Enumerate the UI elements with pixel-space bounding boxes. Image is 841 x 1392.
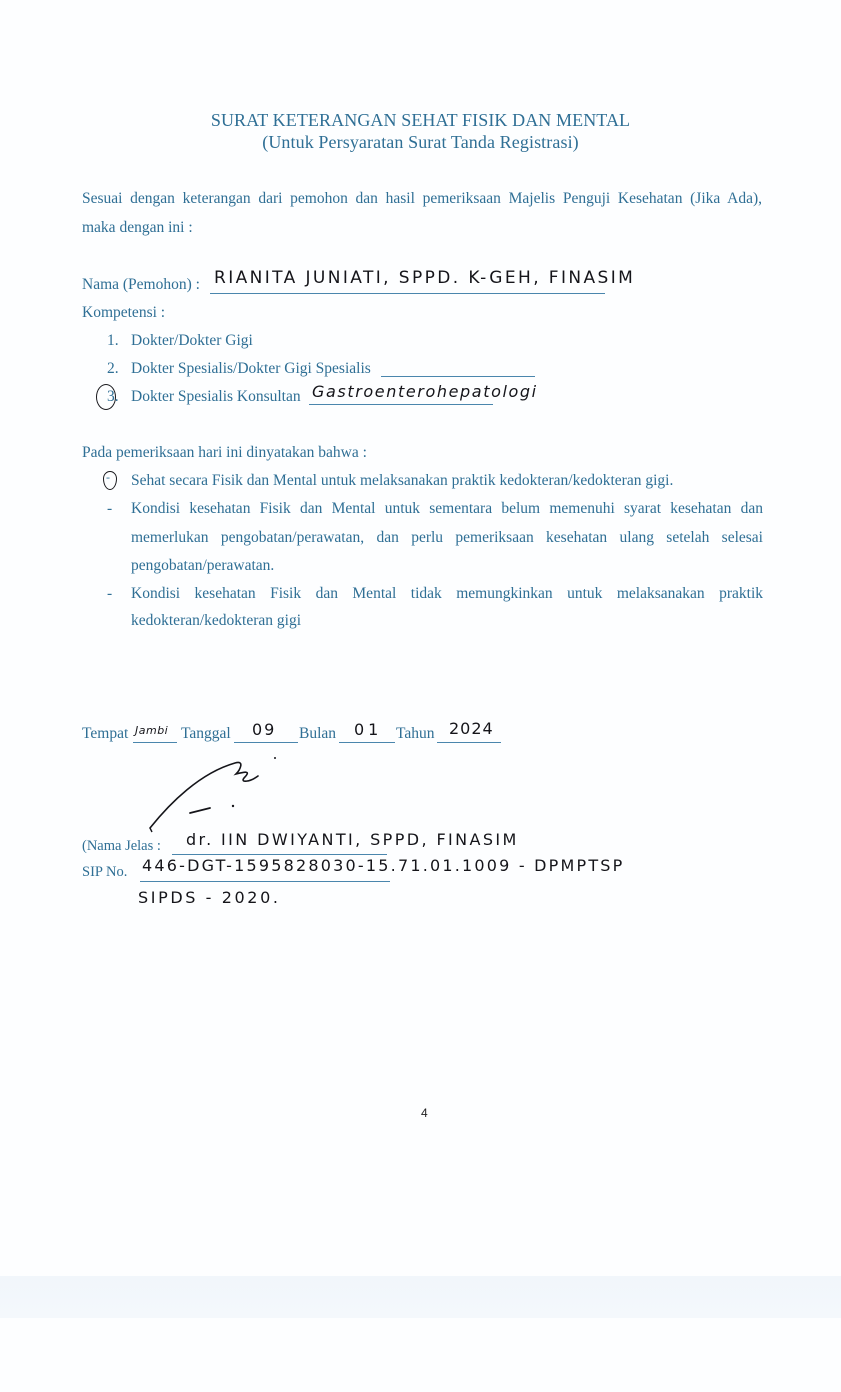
signer-name-label: (Nama Jelas : [82,838,161,855]
applicant-name-handwritten[interactable]: RIANITA JUNIATI, SPPD. K-GEH, FINASIM [214,268,635,288]
sip-number-handwritten-line-2[interactable]: SIPDS - 2020. [138,888,281,907]
statement-option-3-line-2: kedokteran/kedokteran gigi [131,612,301,630]
competence-item-3: Dokter Spesialis Konsultan [131,388,301,406]
day-handwritten[interactable]: 09 [252,720,276,739]
year-label: Tahun [396,725,435,743]
competence-specialty-handwritten[interactable]: Gastroenterohepatologi [312,382,538,401]
sip-number-handwritten[interactable]: 446-DGT-1595828030-15.71.01.1009 - DPMPT… [142,856,625,875]
year-underline [437,741,501,743]
page-number: 4 [421,1106,428,1120]
signer-name-handwritten[interactable]: dr. IIN DWIYANTI, SPPD, FINASIM [186,830,519,849]
statement-option-3-line-1: Kondisi kesehatan Fisik dan Mental tidak… [131,585,763,603]
document-subtitle: (Untuk Persyaratan Surat Tanda Registras… [0,132,841,153]
statement-option-3-marker: - [107,585,112,603]
signer-name-underline [172,853,387,855]
day-underline [234,741,298,743]
statement-option-1-marker: - [106,470,110,485]
document-title: SURAT KETERANGAN SEHAT FISIK DAN MENTAL [0,110,841,131]
competence-label: Kompetensi : [82,304,165,322]
month-underline [339,741,395,743]
intro-line-2: maka dengan ini : [82,219,193,237]
place-handwritten[interactable]: Jambi [135,724,168,737]
applicant-underline [210,292,605,294]
place-label: Tempat [82,725,128,743]
place-underline [133,741,177,743]
intro-line-1: Sesuai dengan keterangan dari pemohon da… [82,190,762,208]
competence-item-2-underline [381,375,535,377]
competence-item-2-number: 2. [107,360,119,378]
scan-edge-strip [0,1276,841,1318]
selected-circle-mark [96,384,116,410]
statement-label: Pada pemeriksaan hari ini dinyatakan bah… [82,444,367,462]
signature-icon [140,748,300,838]
competence-item-1-number: 1. [107,332,119,350]
statement-option-2-line-2: memerlukan pengobatan/perawatan, dan per… [131,529,763,547]
applicant-label: Nama (Pemohon) : [82,276,200,294]
month-handwritten[interactable]: 01 [354,720,382,739]
competence-item-3-underline [309,403,493,405]
statement-option-2-marker: - [107,500,112,518]
statement-option-2-line-3: pengobatan/perawatan. [131,557,274,575]
day-label: Tanggal [181,725,231,743]
sip-label: SIP No. [82,864,127,881]
sip-underline [140,880,390,882]
statement-option-1: Sehat secara Fisik dan Mental untuk mela… [131,472,673,490]
competence-item-2: Dokter Spesialis/Dokter Gigi Spesialis [131,360,371,378]
competence-item-1: Dokter/Dokter Gigi [131,332,253,350]
year-handwritten[interactable]: 2024 [449,719,494,738]
statement-option-2-line-1: Kondisi kesehatan Fisik dan Mental untuk… [131,500,763,518]
month-label: Bulan [299,725,336,743]
